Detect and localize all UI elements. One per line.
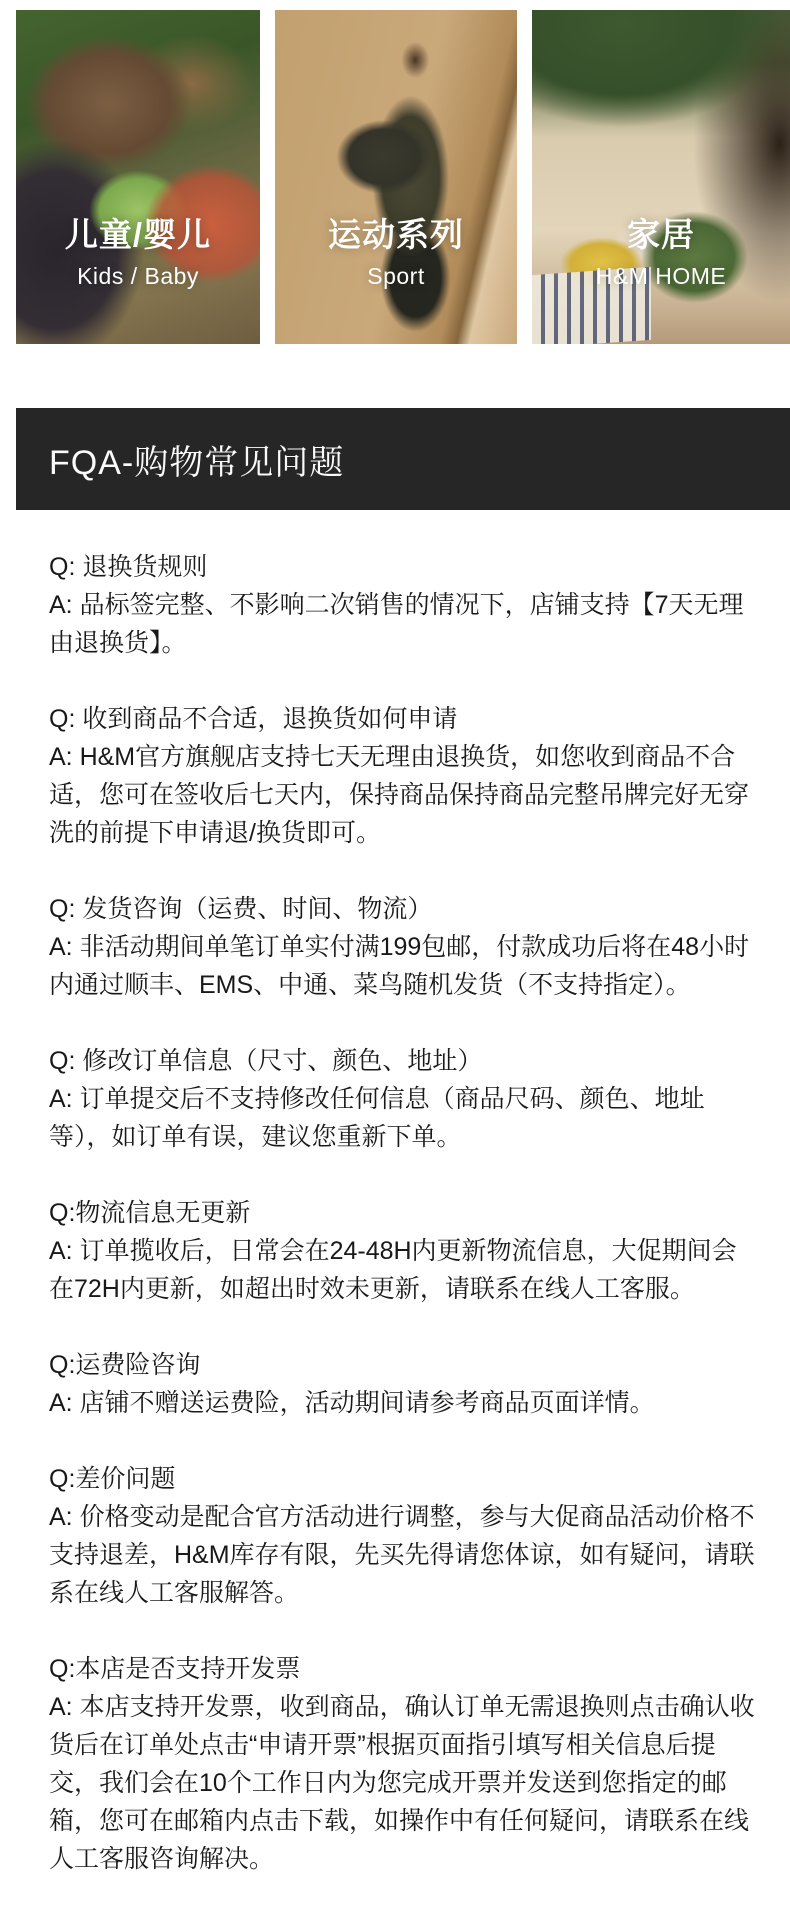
faq-item: Q:运费险咨询 A: 店铺不赠送运费险，活动期间请参考商品页面详情。 [49, 1346, 755, 1422]
category-cards: 儿童/婴儿 Kids / Baby 运动系列 Sport 家居 H&M HOME [0, 0, 790, 344]
kids-baby-photo [16, 10, 260, 344]
card-title-en: H&M HOME [532, 263, 790, 290]
faq-question: Q: 修改订单信息（尺寸、颜色、地址） [49, 1042, 755, 1080]
faq-question: Q:运费险咨询 [49, 1346, 755, 1384]
faq-header-bar: FQA-购物常见问题 [16, 408, 790, 510]
faq-answer: A: 订单揽收后，日常会在24-48H内更新物流信息，大促期间会在72H内更新，… [49, 1232, 755, 1308]
category-card-home[interactable]: 家居 H&M HOME [532, 10, 790, 344]
faq-answer: A: 非活动期间单笔订单实付满199包邮，付款成功后将在48小时内通过顺丰、EM… [49, 928, 755, 1004]
faq-item: Q: 修改订单信息（尺寸、颜色、地址） A: 订单提交后不支持修改任何信息（商品… [49, 1042, 755, 1156]
faq-header-title: FQA-购物常见问题 [49, 435, 344, 484]
faq-question: Q: 发货咨询（运费、时间、物流） [49, 890, 755, 928]
faq-question: Q: 退换货规则 [49, 548, 755, 586]
faq-item: Q:物流信息无更新 A: 订单揽收后，日常会在24-48H内更新物流信息，大促期… [49, 1194, 755, 1308]
card-title-zh: 运动系列 [275, 217, 517, 253]
card-title-en: Sport [275, 263, 517, 290]
faq-item: Q:差价问题 A: 价格变动是配合官方活动进行调整，参与大促商品活动价格不支持退… [49, 1460, 755, 1612]
sport-photo [275, 10, 517, 344]
faq-list: Q: 退换货规则 A: 品标签完整、不影响二次销售的情况下，店铺支持【7天无理由… [0, 510, 790, 1924]
card-caption: 儿童/婴儿 Kids / Baby [16, 217, 260, 290]
card-caption: 家居 H&M HOME [532, 217, 790, 290]
card-caption: 运动系列 Sport [275, 217, 517, 290]
faq-question: Q:差价问题 [49, 1460, 755, 1498]
faq-answer: A: H&M官方旗舰店支持七天无理由退换货，如您收到商品不合适，您可在签收后七天… [49, 738, 755, 852]
card-title-en: Kids / Baby [16, 263, 260, 290]
faq-question: Q:物流信息无更新 [49, 1194, 755, 1232]
faq-item: Q:本店是否支持开发票 A: 本店支持开发票，收到商品，确认订单无需退换则点击确… [49, 1650, 755, 1878]
faq-item: Q: 发货咨询（运费、时间、物流） A: 非活动期间单笔订单实付满199包邮，付… [49, 890, 755, 1004]
category-card-sport[interactable]: 运动系列 Sport [275, 10, 517, 344]
faq-item: Q: 收到商品不合适，退换货如何申请 A: H&M官方旗舰店支持七天无理由退换货… [49, 700, 755, 852]
faq-answer: A: 品标签完整、不影响二次销售的情况下，店铺支持【7天无理由退换货】。 [49, 586, 755, 662]
faq-answer: A: 本店支持开发票，收到商品，确认订单无需退换则点击确认收货后在订单处点击“申… [49, 1688, 755, 1878]
faq-answer: A: 订单提交后不支持修改任何信息（商品尺码、颜色、地址等），如订单有误，建议您… [49, 1080, 755, 1156]
faq-item: Q: 退换货规则 A: 品标签完整、不影响二次销售的情况下，店铺支持【7天无理由… [49, 548, 755, 662]
home-photo [532, 10, 790, 344]
category-card-kids-baby[interactable]: 儿童/婴儿 Kids / Baby [16, 10, 260, 344]
faq-question: Q: 收到商品不合适，退换货如何申请 [49, 700, 755, 738]
faq-question: Q:本店是否支持开发票 [49, 1650, 755, 1688]
faq-answer: A: 店铺不赠送运费险，活动期间请参考商品页面详情。 [49, 1384, 755, 1422]
card-title-zh: 儿童/婴儿 [16, 217, 260, 253]
card-title-zh: 家居 [532, 217, 790, 253]
faq-answer: A: 价格变动是配合官方活动进行调整，参与大促商品活动价格不支持退差，H&M库存… [49, 1498, 755, 1612]
